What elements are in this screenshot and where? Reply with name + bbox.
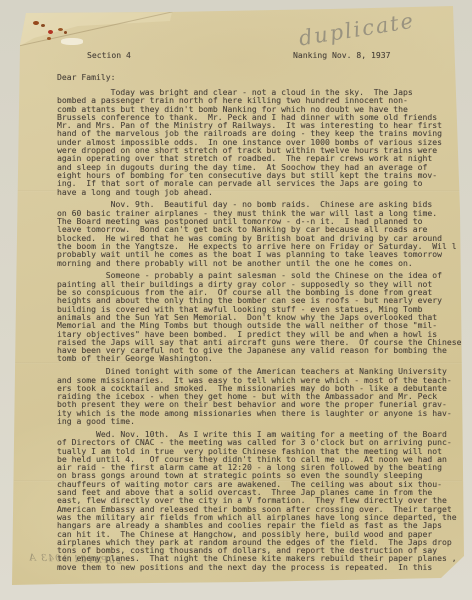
scanned-letter: duplicate Section 4 Nanking Nov. 8, 1937… — [0, 0, 472, 600]
duplicate-pencil-annotation: duplicate — [297, 0, 472, 51]
rust-spot — [41, 24, 45, 27]
white-patch — [61, 38, 83, 45]
rust-spot — [64, 31, 67, 34]
dateline: Nanking Nov. 8, 1937 — [293, 51, 390, 59]
paragraph-nov9: Nov. 9th. Beautiful day - no bomb raids.… — [57, 200, 461, 266]
paragraph-nov8-raid: Today was bright and clear - not a cloud… — [57, 88, 461, 196]
rust-spot — [58, 28, 63, 31]
letter-page: duplicate Section 4 Nanking Nov. 8, 1937… — [0, 0, 472, 600]
rust-spot — [33, 21, 39, 25]
paragraph-nov10: Wed. Nov. 10th. As I write this I am wai… — [57, 430, 461, 571]
paragraph-paint-salesman: Someone - probably a paint salesman - so… — [57, 271, 461, 362]
red-speck — [48, 30, 53, 34]
paragraph-dinner: Dined tonight with some of the American … — [57, 367, 461, 425]
section-label: Section 4 — [87, 51, 131, 59]
letter-body: Today was bright and clear - not a cloud… — [57, 88, 461, 576]
salutation: Dear Family: — [57, 73, 115, 81]
rust-spot — [47, 37, 51, 40]
mirrored-pencil-note: 20PA121.1043 A — [28, 552, 122, 566]
